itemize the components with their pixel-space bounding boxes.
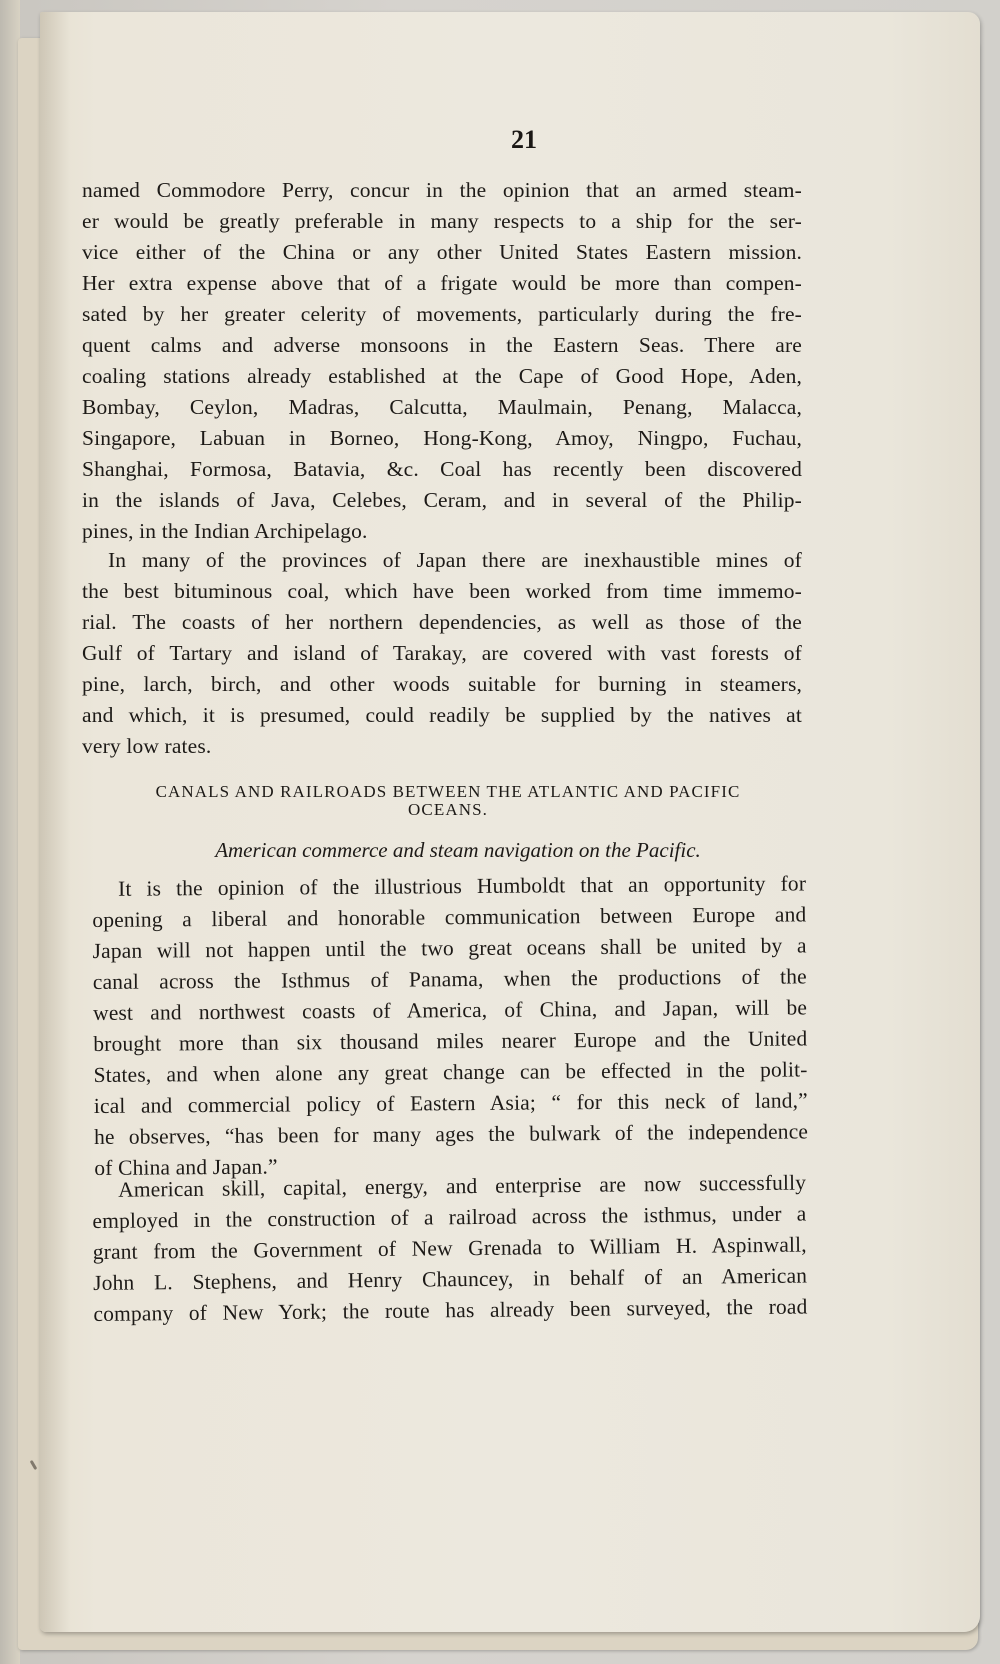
text-line: Shanghai, Formosa, Batavia, &c. Coal has… (82, 454, 802, 485)
paragraph-steamer-opinion: named Commodore Perry, concur in the opi… (82, 175, 802, 547)
text-line: pine, larch, birch, and other woods suit… (82, 669, 802, 700)
text-line: quent calms and adverse monsoons in the … (82, 330, 802, 361)
text-line: Singapore, Labuan in Borneo, Hong-Kong, … (82, 423, 802, 454)
scanned-book-page-scene: 21 named Commodore Perry, concur in the … (0, 0, 1000, 1664)
paragraph-japan-coal: In many of the provinces of Japan there … (82, 545, 802, 762)
book-page: 21 named Commodore Perry, concur in the … (40, 12, 980, 1632)
text-line: in the islands of Java, Celebes, Ceram, … (82, 485, 802, 516)
facing-page-edge (0, 0, 20, 1664)
text-line: pines, in the Indian Archipelago. (82, 516, 802, 547)
text-line: company of New York; the route has alrea… (93, 1292, 807, 1330)
section-heading-line-1: CANALS AND RAILROADS BETWEEN THE ATLANTI… (88, 783, 808, 801)
text-line: vice either of the China or any other Un… (82, 237, 802, 268)
section-subheading: American commerce and steam navigation o… (88, 838, 808, 863)
paragraph-humboldt: It is the opinion of the illustrious Hum… (92, 868, 808, 1184)
gutter-shadow (40, 12, 70, 1632)
text-line: Gulf of Tartary and island of Tarakay, a… (82, 638, 802, 669)
paragraph-railroad: American skill, capital, energy, and ent… (92, 1168, 808, 1330)
text-line: and which, it is presumed, could readily… (82, 700, 802, 731)
page-number: 21 (40, 125, 980, 155)
text-line: Her extra expense above that of a frigat… (82, 268, 802, 299)
section-heading-line-2: OCEANS. (88, 801, 808, 819)
section-heading: CANALS AND RAILROADS BETWEEN THE ATLANTI… (88, 783, 808, 819)
text-line: the best bituminous coal, which have bee… (82, 576, 802, 607)
text-line: coaling stations already established at … (82, 361, 802, 392)
text-line: very low rates. (82, 731, 802, 762)
text-line: he observes, “has been for many ages the… (94, 1116, 808, 1153)
text-line: named Commodore Perry, concur in the opi… (82, 175, 802, 206)
text-line: rial. The coasts of her northern depende… (82, 607, 802, 638)
text-line: In many of the provinces of Japan there … (82, 545, 802, 576)
text-line: sated by her greater celerity of movemen… (82, 299, 802, 330)
text-line: er would be greatly preferable in many r… (82, 206, 802, 237)
text-line: Bombay, Ceylon, Madras, Calcutta, Maulma… (82, 392, 802, 423)
